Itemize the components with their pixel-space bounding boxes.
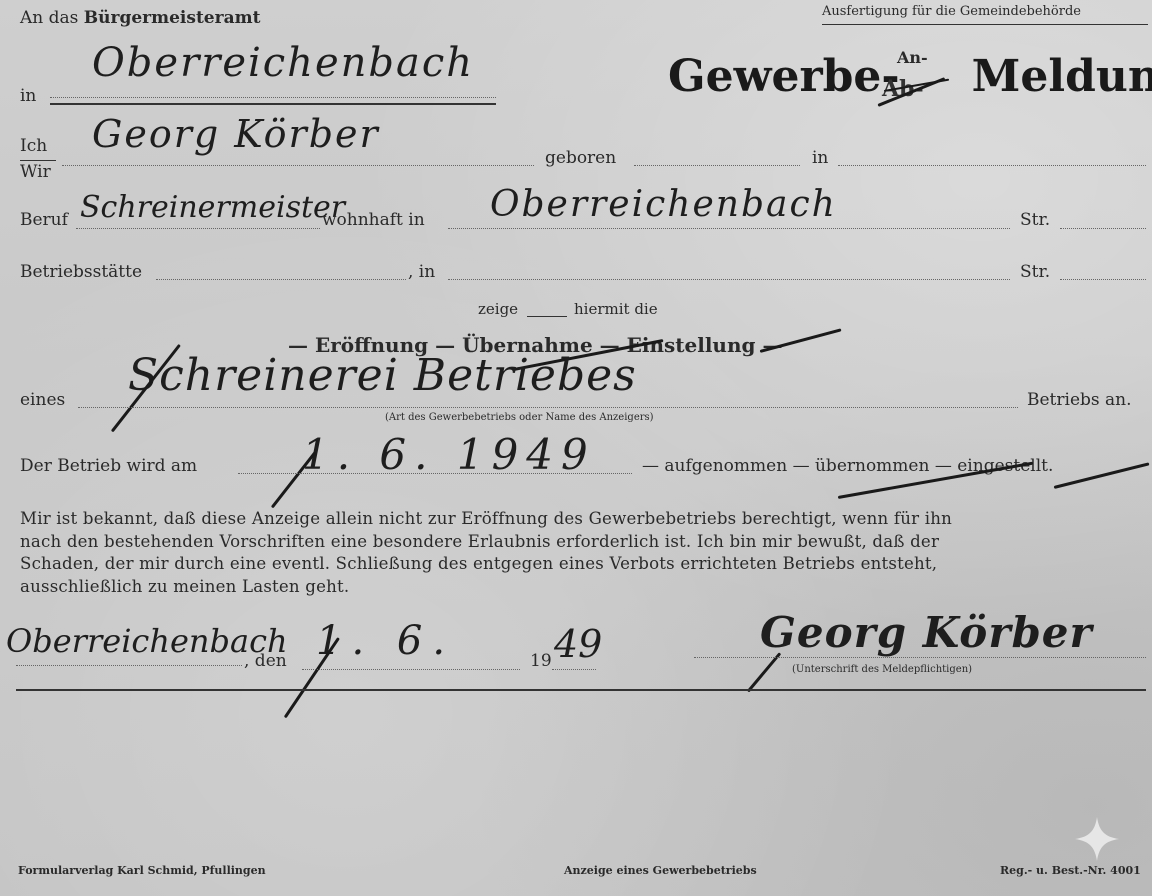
declaration: Mir ist bekannt, daß diese Anzeige allei… [20,508,952,598]
betriebs-an-label: Betriebs an. [1027,390,1132,410]
betriebsstaette-in-label: , in [408,262,435,282]
den-label: , den [244,651,287,671]
ich-label: Ich [20,136,47,156]
beruf-field-dots [76,228,320,229]
date-field-dots [302,669,520,670]
eingestellt-strike [1054,462,1150,489]
status-line: — aufgenommen — übernommen — eingestellt… [642,456,1053,476]
place-field-dots [16,665,242,666]
year-field-dots [552,669,596,670]
copy-note: Ausfertigung für die Gemeindebehörde [822,4,1081,19]
beruf-label: Beruf [20,210,68,230]
betriebsstaette-field-dots[interactable] [156,279,406,280]
betriebsstaette-in-field-dots[interactable] [448,279,1010,280]
zeige-label: zeige [478,300,518,318]
status-aufgenommen[interactable]: aufgenommen [664,456,787,476]
eines-hint: (Art des Gewerbebetriebs oder Name des A… [385,412,654,423]
year-value[interactable]: 49 [554,622,602,666]
name-field-dots [62,165,534,166]
str2-label: Str. [1020,262,1050,282]
geboren-label: geboren [545,148,616,168]
beruf-value[interactable]: Schreinermeister [80,190,345,225]
betrieb-date-dots [238,473,632,474]
str-label: Str. [1020,210,1050,230]
name-value[interactable]: Georg Körber [92,112,380,156]
str-field-dots[interactable] [1060,228,1146,229]
status-uebernommen[interactable]: übernommen [815,456,929,476]
declaration-line: nach den bestehenden Vorschriften eine b… [20,531,952,554]
wohnhaft-value[interactable]: Oberreichenbach [490,184,837,225]
wir-label: Wir [20,162,51,182]
betrieb-wird-label: Der Betrieb wird am [20,456,197,476]
sign-date-pen-stroke [284,637,340,718]
scanned-form: An das Bürgermeisteramt Ausfertigung für… [0,0,1152,896]
title-right: Meldung [972,51,1152,102]
declaration-line: Mir ist bekannt, daß diese Anzeige allei… [20,508,952,531]
declaration-line: Schaden, der mir durch eine eventl. Schl… [20,553,952,576]
addressee: An das Bürgermeisteramt [20,8,260,28]
geboren-in-field-dots[interactable] [838,165,1146,166]
copy-note-underline [822,24,1148,25]
eines-field-dots [78,407,1018,408]
str2-field-dots[interactable] [1060,279,1146,280]
footer-order-no: Reg.- u. Best.-Nr. 4001 [1000,864,1141,877]
geboren-field-dots[interactable] [634,165,800,166]
geboren-in-label: in [812,148,828,168]
declaration-line: ausschließlich zu meinen Lasten geht. [20,576,952,599]
ich-wir-divider [20,160,56,161]
signature-stroke [747,652,781,692]
footer-publisher: Formularverlag Karl Schmid, Pfullingen [18,864,266,877]
in-field-line [50,103,496,105]
signature-field-dots [694,657,1146,658]
signature-value[interactable]: Georg Körber [760,608,1093,657]
eines-value[interactable]: Schreinerei Betriebes [128,350,637,401]
date-pen-stroke [271,451,316,508]
wohnhaft-field-dots [448,228,1010,229]
title-insert: An- [897,48,928,67]
in-label: in [20,86,36,106]
form-bottom-line [16,689,1146,691]
signature-hint: (Unterschrift des Meldepflichtigen) [792,664,972,675]
hiermit-label: hiermit die [574,300,658,318]
in-field-dots [50,97,496,98]
addressee-office: Bürgermeisteramt [84,8,261,28]
footer-form-name: Anzeige eines Gewerbebetriebs [564,864,757,877]
wohnhaft-label: wohnhaft in [322,210,425,230]
addressee-prefix: An das [20,8,78,28]
title-left: Gewerbe- [668,51,900,102]
in-value[interactable]: Oberreichenbach [92,40,474,86]
year-prefix: 19 [530,651,552,671]
eines-label: eines [20,390,65,410]
betriebsstaette-label: Betriebsstätte [20,262,142,282]
zeige-blank [527,316,567,317]
betrieb-date-value[interactable]: 1. 6. 1949 [302,430,596,479]
sparkle-icon [1073,815,1121,863]
